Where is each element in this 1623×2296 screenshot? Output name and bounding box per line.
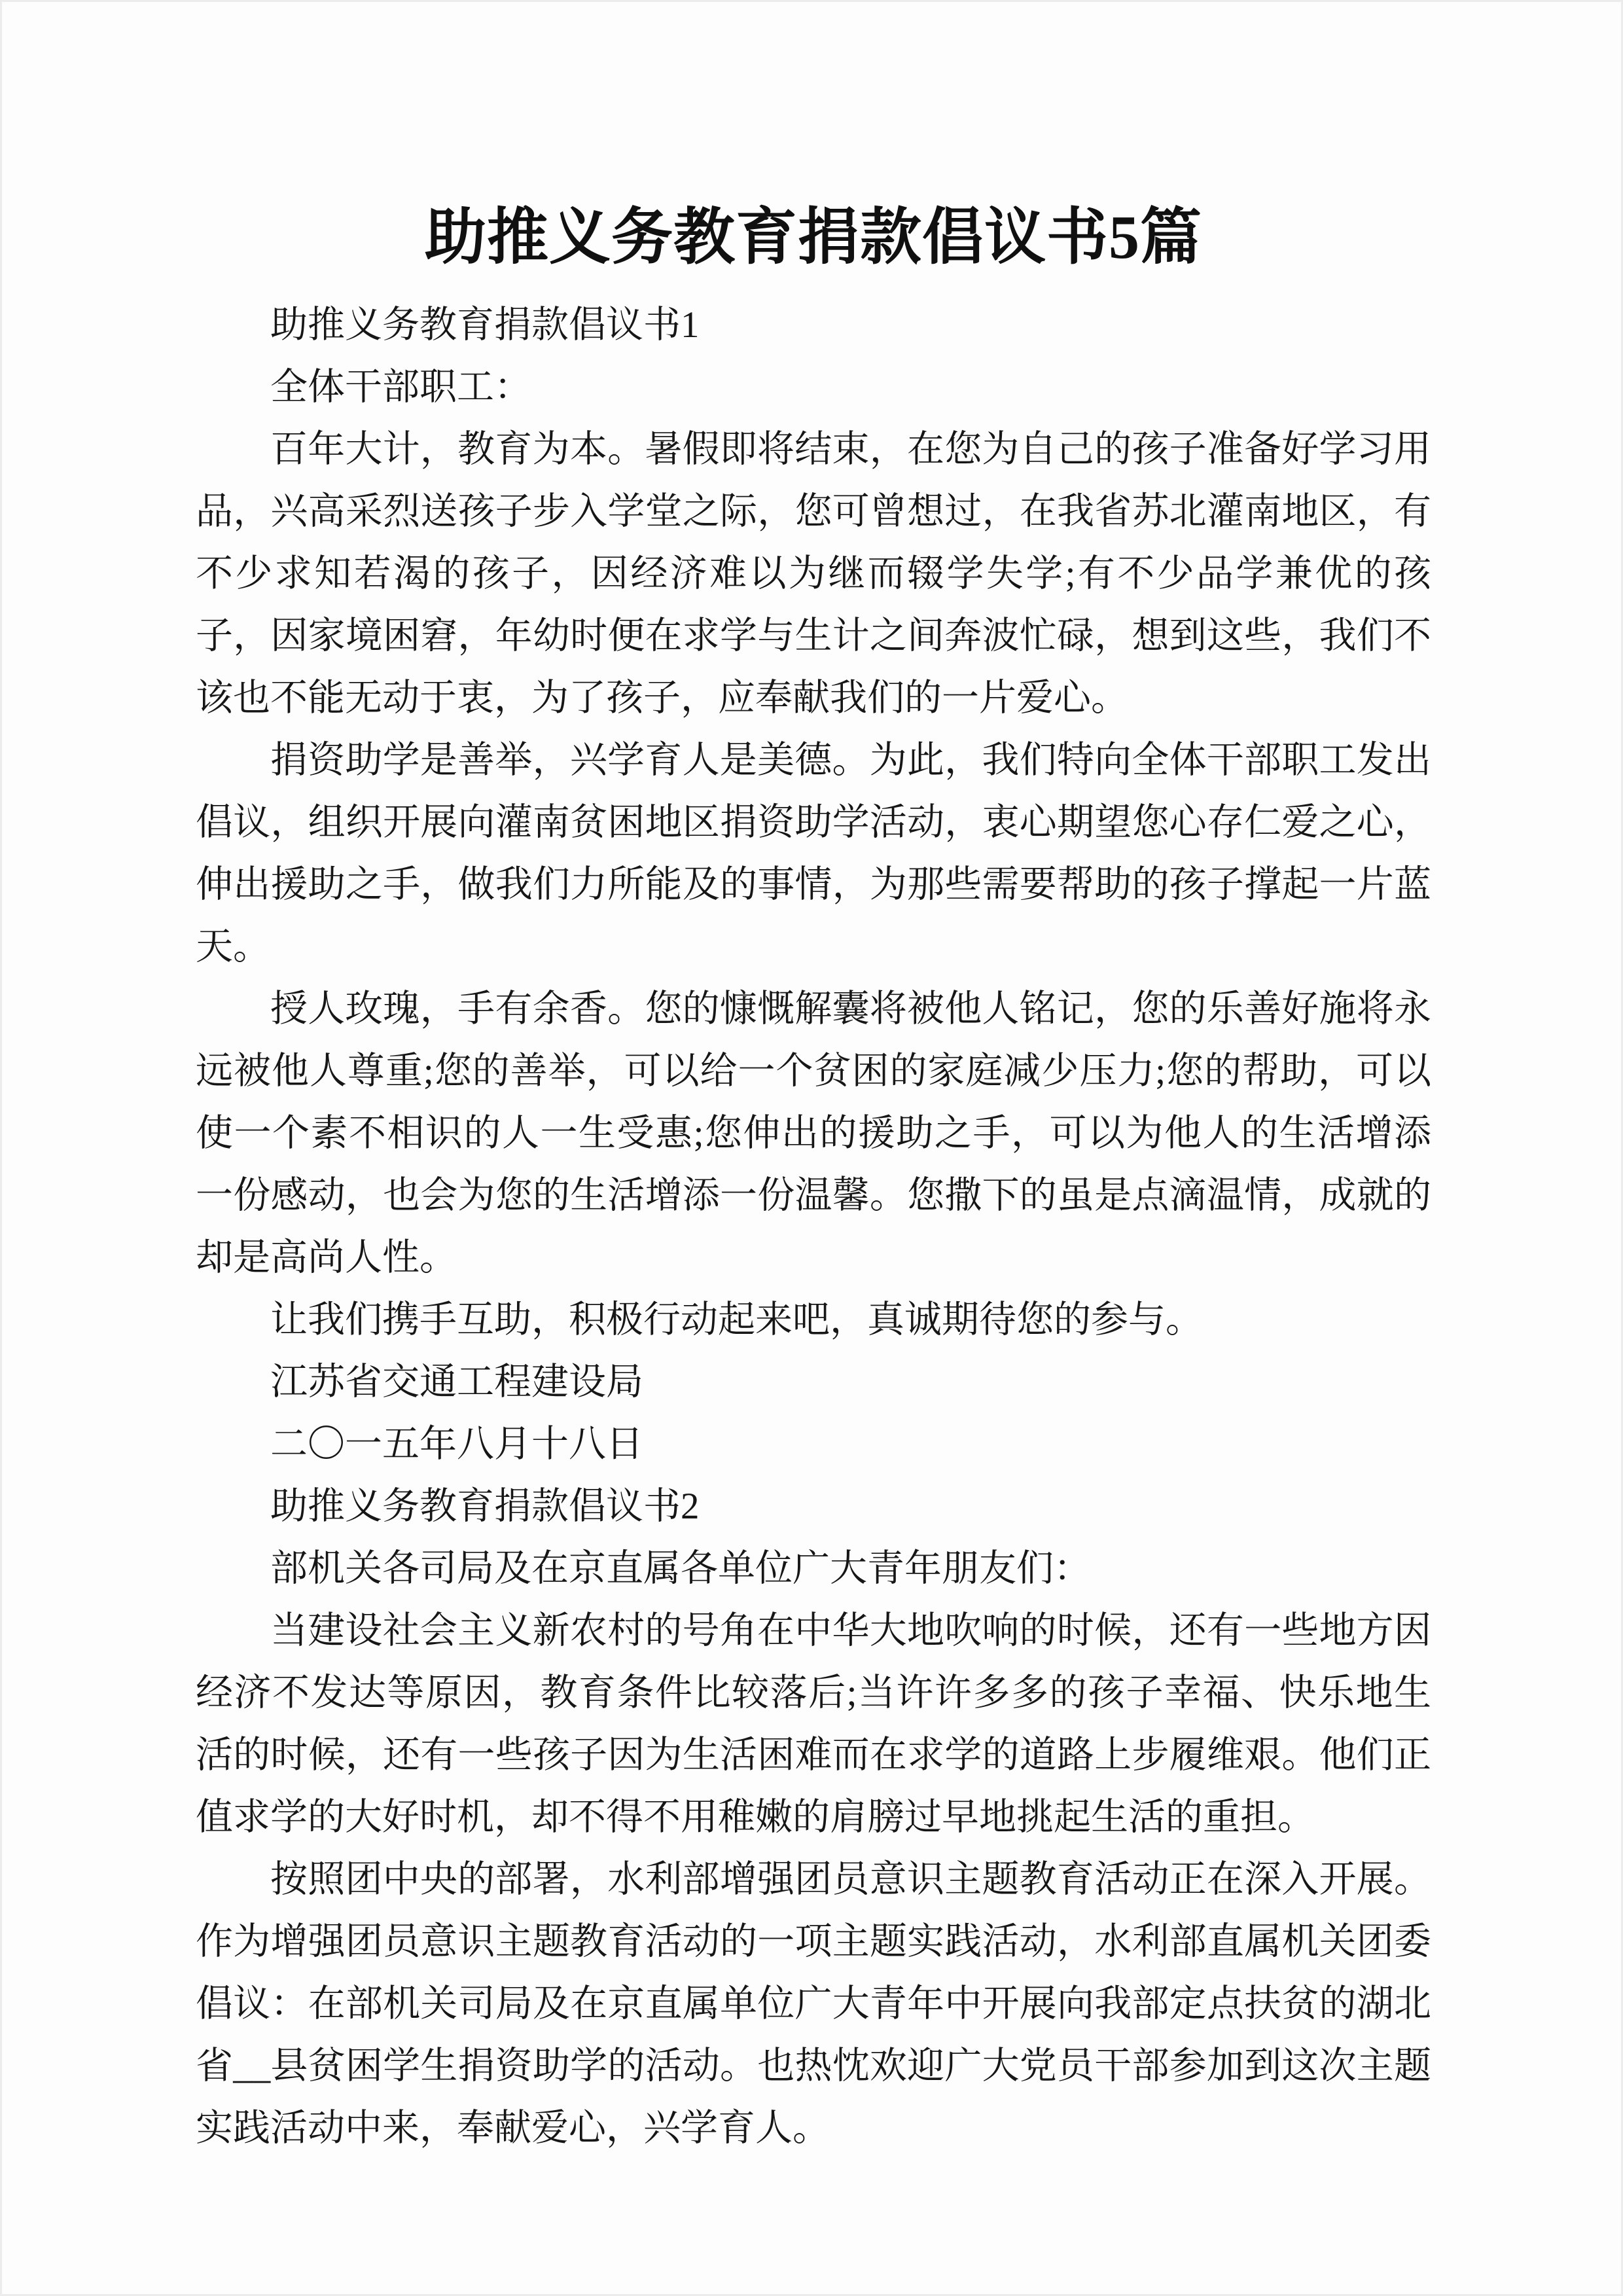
paragraph-salutation-1: 全体干部职工：	[196, 356, 1431, 418]
paragraph-subtitle-1: 助推义务教育捐款倡议书1	[196, 294, 1431, 356]
paragraph-body: 百年大计，教育为本。暑假即将结束，在您为自己的孩子准备好学习用品，兴高采烈送孩子…	[196, 418, 1431, 729]
paragraph-signature-org: 江苏省交通工程建设局	[196, 1351, 1431, 1413]
paragraph-body: 当建设社会主义新农村的号角在中华大地吹响的时候，还有一些地方因经济不发达等原因，…	[196, 1600, 1431, 1848]
paragraph-signature-date: 二〇一五年八月十八日	[196, 1413, 1431, 1475]
document-page: 助推义务教育捐款倡议书5篇 助推义务教育捐款倡议书1 全体干部职工： 百年大计，…	[0, 0, 1623, 2296]
paragraph-body: 授人玫瑰，手有余香。您的慷慨解囊将被他人铭记，您的乐善好施将永远被他人尊重;您的…	[196, 978, 1431, 1289]
paragraph-body: 捐资助学是善举，兴学育人是美德。为此，我们特向全体干部职工发出倡议，组织开展向灌…	[196, 729, 1431, 978]
paragraph-body: 按照团中央的部署，水利部增强团员意识主题教育活动正在深入开展。作为增强团员意识主…	[196, 1848, 1431, 2159]
paragraph-body: 让我们携手互助，积极行动起来吧，真诚期待您的参与。	[196, 1289, 1431, 1351]
paragraph-subtitle-2: 助推义务教育捐款倡议书2	[196, 1475, 1431, 1537]
document-content: 助推义务教育捐款倡议书5篇 助推义务教育捐款倡议书1 全体干部职工： 百年大计，…	[196, 192, 1431, 2159]
document-title: 助推义务教育捐款倡议书5篇	[196, 192, 1431, 283]
paragraph-salutation-2: 部机关各司局及在京直属各单位广大青年朋友们：	[196, 1537, 1431, 1600]
